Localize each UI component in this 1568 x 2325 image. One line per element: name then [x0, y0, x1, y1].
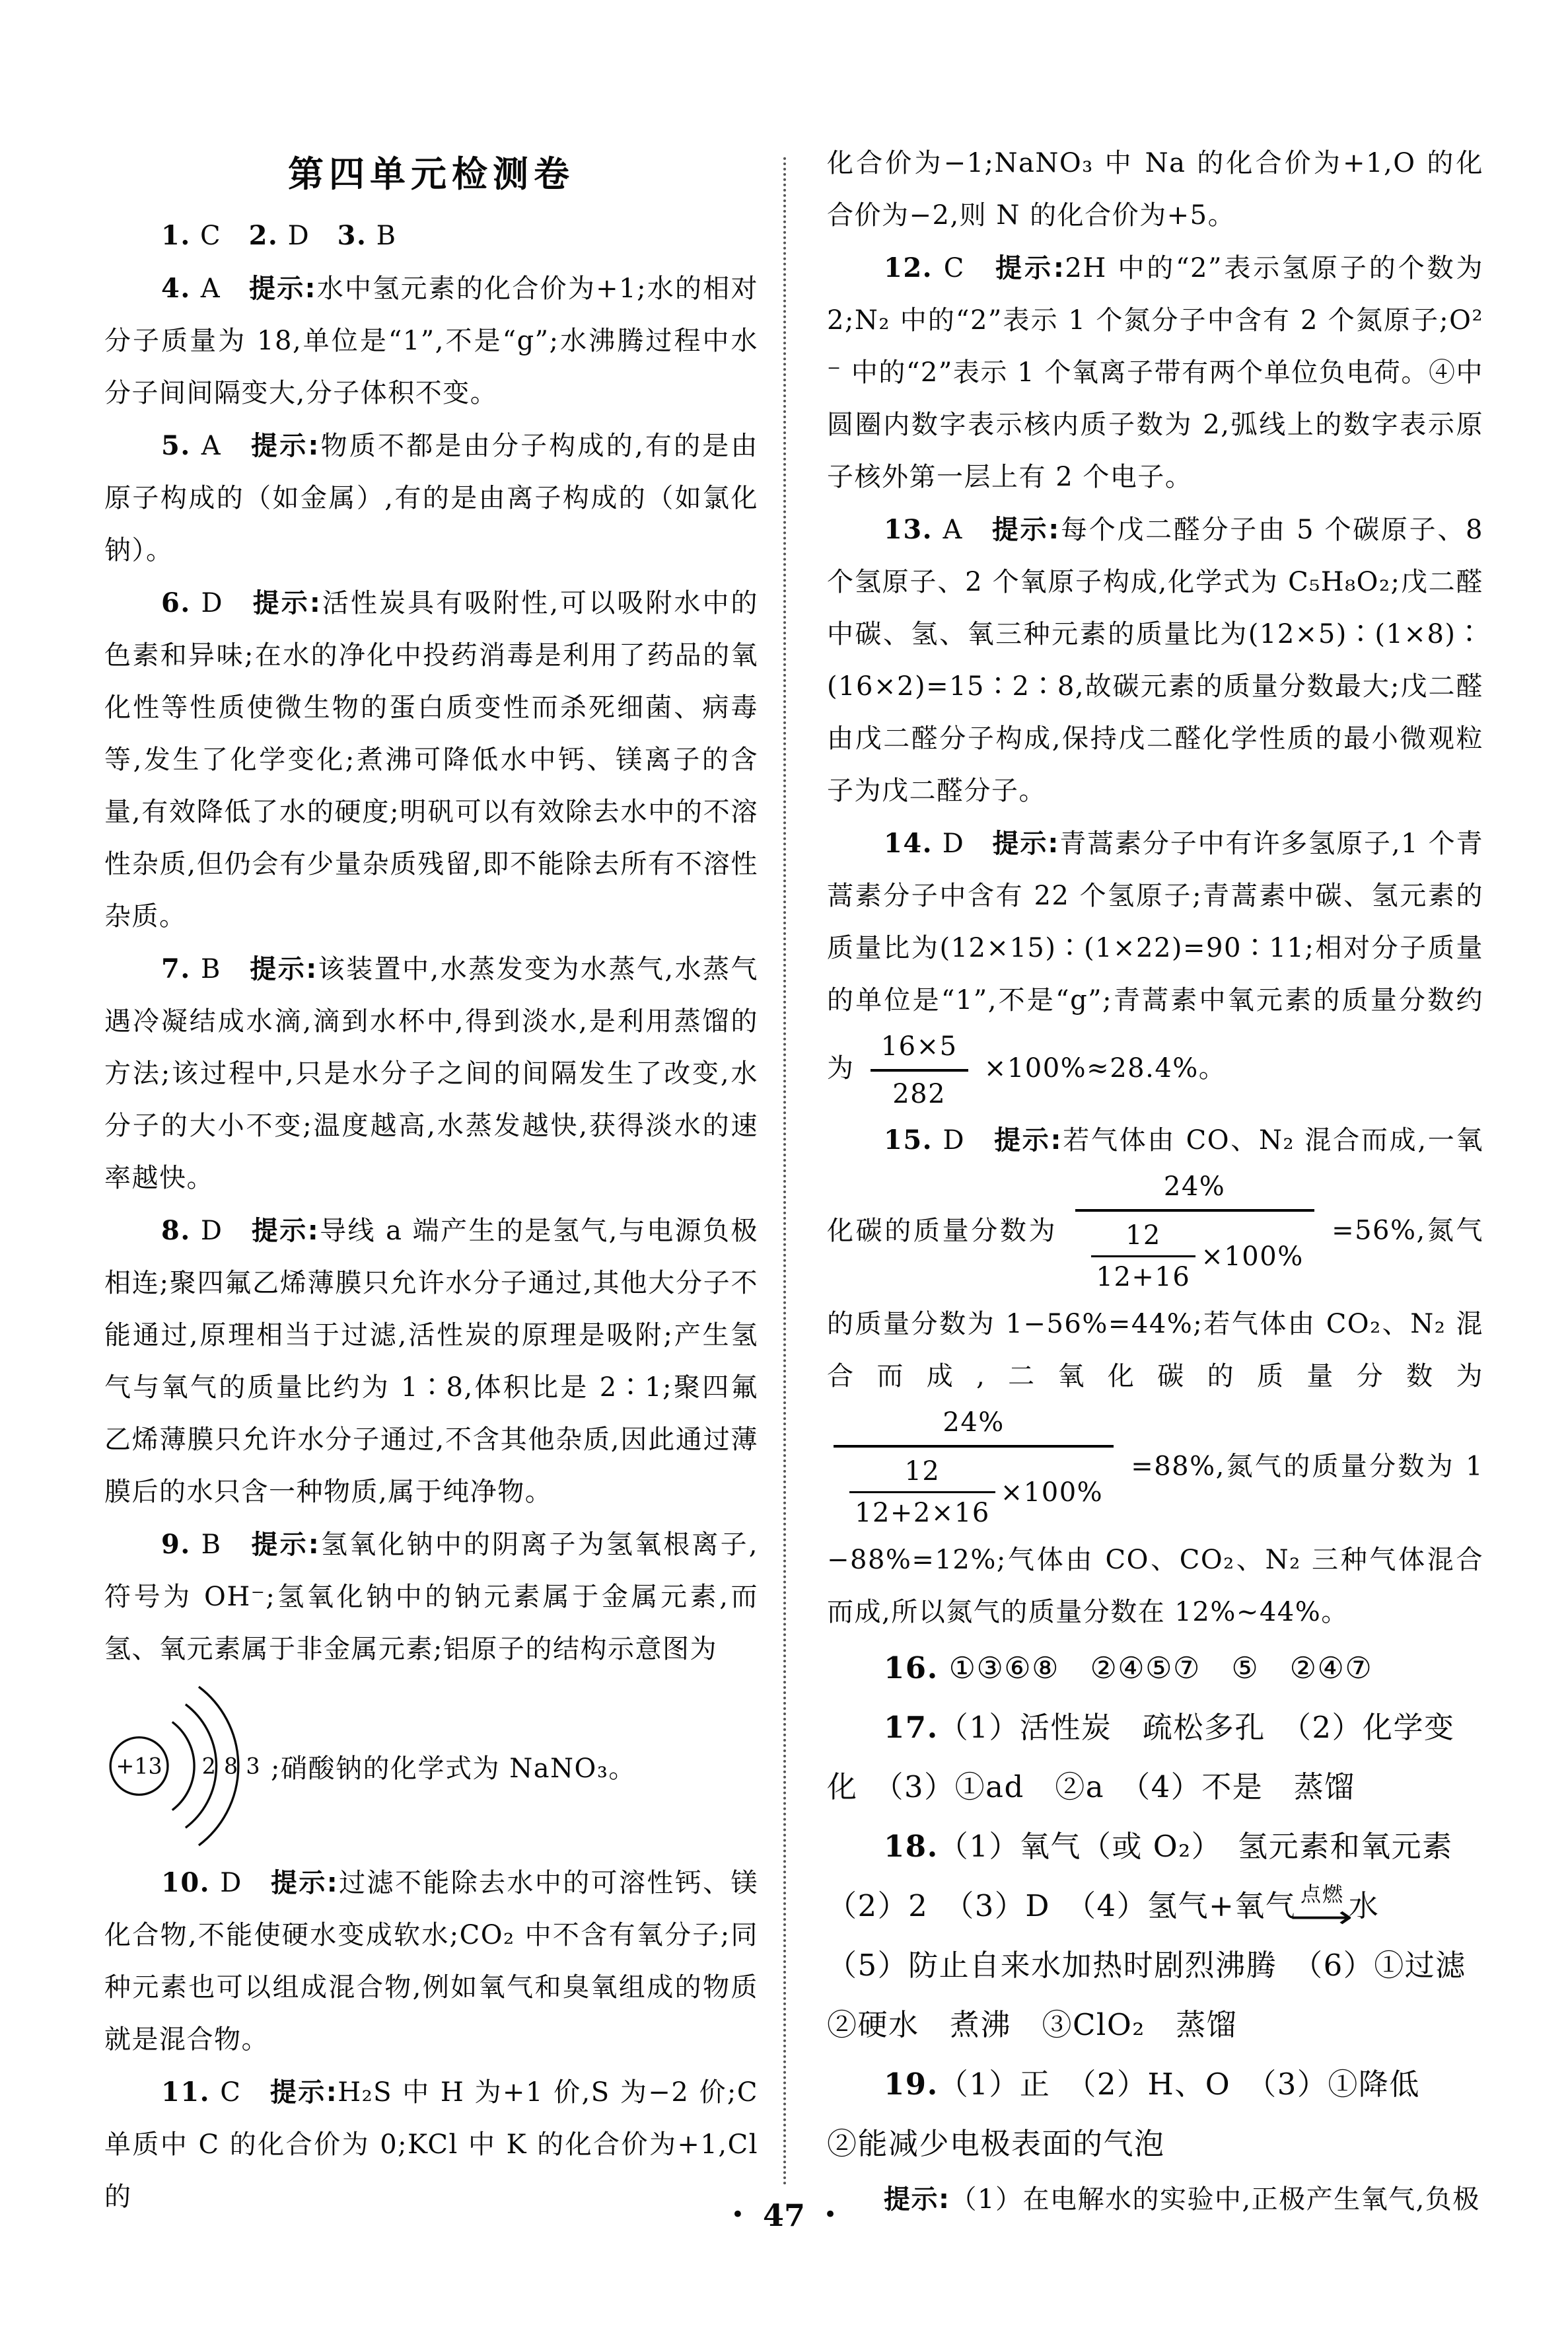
fraction-co-mass: 24% 12 12+16 ×100%: [1075, 1167, 1314, 1298]
fraction-denominator: 282: [871, 1072, 968, 1114]
page-number: •47•: [0, 2195, 1568, 2235]
fraction-oxygen-mass: 16×5 282: [871, 1027, 968, 1114]
page-title: 第四单元检测卷: [104, 149, 758, 200]
page-number-bullet-right: •: [824, 2201, 837, 2228]
item-5: 5. A 提示:物质不都是由分子构成的,有的是由原子构成的（如金属）,有的是由离…: [104, 420, 758, 577]
page-number-value: 47: [763, 2197, 805, 2233]
page-number-bullet-left: •: [731, 2201, 744, 2228]
fraction-numerator: 16×5: [871, 1027, 968, 1072]
fraction-denominator: 12 12+16 ×100%: [1075, 1212, 1314, 1298]
item-19: 19.（1）正 （2）H、O （3）①降低②能减少电极表面的气泡: [827, 2055, 1483, 2174]
inner-denominator: 12+16: [1091, 1257, 1196, 1296]
item-9-after-diagram: ;硝酸钠的化学式为 NaNO₃。: [271, 1748, 636, 1785]
item-12: 12. C 提示:2H 中的“2”表示氢原子的个数为 2;N₂ 中的“2”表示 …: [827, 242, 1483, 503]
item-14-tail: ×100%≈28.4%。: [984, 1053, 1226, 1084]
ignite-reaction-arrow: 点燃⟶: [1300, 1885, 1344, 1932]
inner-numerator: 12: [1091, 1217, 1196, 1257]
inner-denominator: 12+2×16: [849, 1493, 995, 1532]
shell-1-electrons: 2: [202, 1753, 216, 1779]
item-13: 13. A 提示:每个戊二醛分子由 5 个碳原子、8 个氢原子、2 个氧原子构成…: [827, 503, 1483, 817]
item-6: 6. D 提示:活性炭具有吸附性,可以吸附水中的色素和异味;在水的净化中投药消毒…: [104, 577, 758, 943]
fraction-numerator: 24%: [834, 1403, 1114, 1448]
answers-row-1-3: 1. C 2. D 3. B: [104, 209, 758, 262]
times-100: ×100%: [1001, 1475, 1103, 1510]
inner-fraction: 12 12+2×16: [849, 1453, 995, 1532]
item-17: 17.（1）活性炭 疏松多孔 （2）化学变化 （3）①ad ②a （4）不是 蒸…: [827, 1698, 1483, 1817]
times-100: ×100%: [1201, 1239, 1303, 1274]
aluminum-atom-diagram-row: +13 2 8 3 ;硝酸钠的化学式为 NaNO₃。: [104, 1679, 758, 1853]
item-4: 4. A 提示:水中氢元素的化合价为+1;水的相对分子质量为 18,单位是“1”…: [104, 262, 758, 420]
atom-structure-icon: +13 2 8 3: [104, 1679, 271, 1853]
item-8: 8. D 提示:导线 a 端产生的是氢气,与电源负极相连;聚四氟乙烯薄膜只允许水…: [104, 1204, 758, 1518]
fraction-numerator: 24%: [1075, 1167, 1314, 1212]
item-15: 15. D 提示:若气体由 CO、N₂ 混合而成,一氧化碳的质量分数为 24% …: [827, 1114, 1483, 1639]
item-11-continued: 化合价为−1;NaNO₃ 中 Na 的化合价为+1,O 的化合价为−2,则 N …: [827, 137, 1483, 242]
answer-key-page: 第四单元检测卷 1. C 2. D 3. B 4. A 提示:水中氢元素的化合价…: [0, 0, 1568, 2325]
shell-2-electrons: 8: [224, 1753, 238, 1779]
inner-numerator: 12: [849, 1453, 995, 1493]
shell-3-electrons: 3: [246, 1753, 260, 1779]
column-divider: [783, 157, 786, 2187]
nucleus-charge: +13: [116, 1753, 162, 1779]
item-7: 7. B 提示:该装置中,水蒸发变为水蒸气,水蒸气遇冷凝结成水滴,滴到水杯中,得…: [104, 943, 758, 1204]
item-16: 16. ①③⑥⑧ ②④⑤⑦ ⑤ ②④⑦: [827, 1639, 1483, 1698]
fraction-denominator: 12 12+2×16 ×100%: [834, 1448, 1114, 1534]
item-14: 14. D 提示:青蒿素分子中有许多氢原子,1 个青蒿素分子中含有 22 个氢原…: [827, 817, 1483, 1114]
left-column: 第四单元检测卷 1. C 2. D 3. B 4. A 提示:水中氢元素的化合价…: [104, 149, 758, 2223]
arrow-icon: ⟶: [1290, 1901, 1355, 1932]
fraction-co2-mass: 24% 12 12+2×16 ×100%: [834, 1403, 1114, 1534]
item-18: 18.（1）氧气（或 O₂） 氢元素和氧元素（2）2 （3）D （4）氢气+氧气…: [827, 1817, 1483, 2055]
right-column: 化合价为−1;NaNO₃ 中 Na 的化合价为+1,O 的化合价为−2,则 N …: [827, 137, 1483, 2226]
inner-fraction: 12 12+16: [1091, 1217, 1196, 1296]
item-10: 10. D 提示:过滤不能除去水中的可溶性钙、镁化合物,不能使硬水变成软水;CO…: [104, 1857, 758, 2066]
item-9: 9. B 提示:氢氧化钠中的阴离子为氢氧根离子,符号为 OH⁻;氢氧化钠中的钠元…: [104, 1518, 758, 1676]
